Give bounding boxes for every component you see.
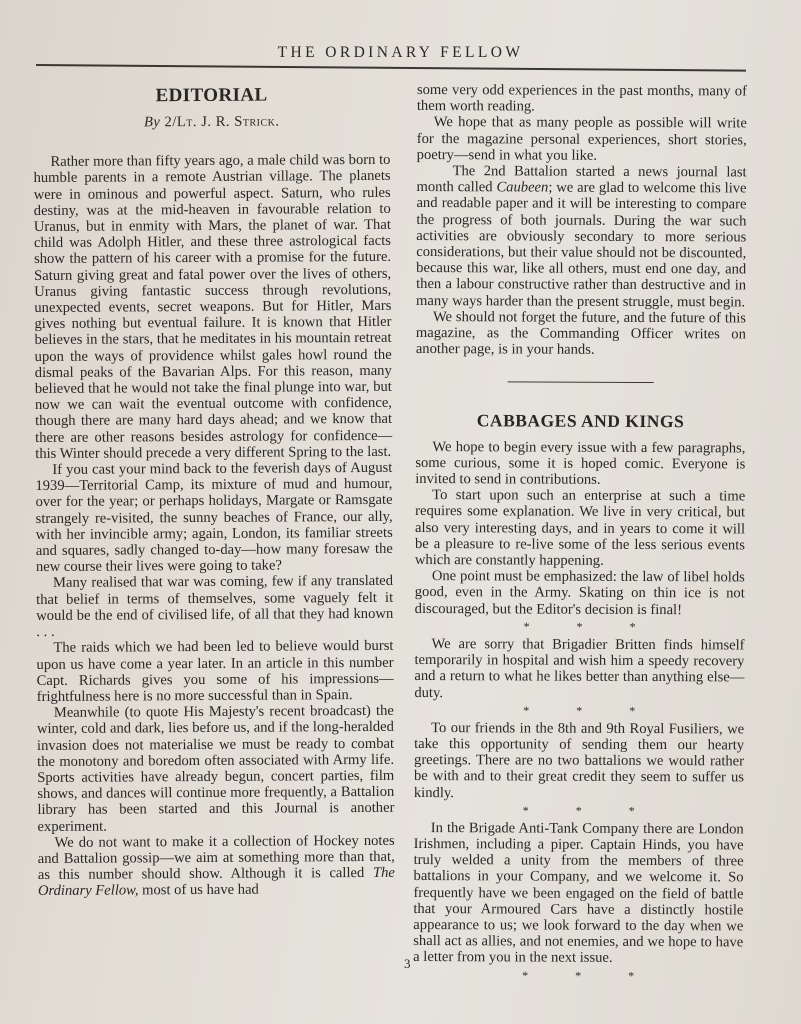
asterism-separator: * * * [436,803,744,818]
cabbages-item: To our friends in the 8th and 9th Royal … [414,720,744,802]
cabbages-paragraph: To start upon such an enterprise at such… [415,487,745,569]
editorial-paragraph: Rather more than fifty years ago, a male… [33,152,392,462]
asterism-separator: * * * [436,703,744,718]
paragraph-text: most of us have had [142,882,259,899]
editorial-paragraph: The 2nd Battalion started a news journal… [416,163,747,310]
section-divider [508,382,654,384]
cabbages-item: We are sorry that Brigadier Britten find… [414,636,744,702]
editorial-paragraph: Meanwhile (to quote His Majesty's recent… [37,703,395,835]
paragraph-text: We do not want to make it a collection o… [38,833,395,884]
asterism-separator: * * * [437,619,745,634]
byline-prefix: By [144,114,161,130]
running-head: THE ORDINARY FELLOW [0,44,801,62]
left-column: EDITORIAL By 2/Lt. J. R. Strick. Rather … [33,84,395,900]
editorial-paragraph: Many realised that war was coming, few i… [36,573,393,640]
right-column: some very odd experiences in the past mo… [413,82,747,986]
cabbages-paragraph: One point must be emphasized: the law of… [415,568,745,618]
cabbages-paragraph: We hope to begin every issue with a few … [415,439,745,489]
editorial-byline: By 2/Lt. J. R. Strick. [33,113,390,131]
page-number: 3 [404,956,411,972]
editorial-paragraph-continued: some very odd experiences in the past mo… [417,82,747,116]
byline-author: 2/Lt. J. R. Strick. [164,113,279,130]
editorial-paragraph: We should not forget the future, and the… [416,309,746,359]
caubeen-name: Caubeen [496,180,548,196]
editorial-paragraph: We hope that as many people as possible … [417,114,747,164]
asterism-separator: * * * [435,968,743,983]
paragraph-text: ; we are glad to welcome this live and r… [416,180,747,310]
cabbages-title: CABBAGES AND KINGS [415,412,745,430]
editorial-paragraph: The raids which we had been led to belie… [36,638,393,705]
editorial-title: EDITORIAL [33,84,390,108]
editorial-paragraph: If you cast your mind back to the feveri… [35,460,393,576]
cabbages-item: In the Brigade Anti-Tank Company there a… [413,820,744,967]
header-rule [36,64,746,72]
editorial-paragraph: We do not want to make it a collection o… [38,833,395,900]
